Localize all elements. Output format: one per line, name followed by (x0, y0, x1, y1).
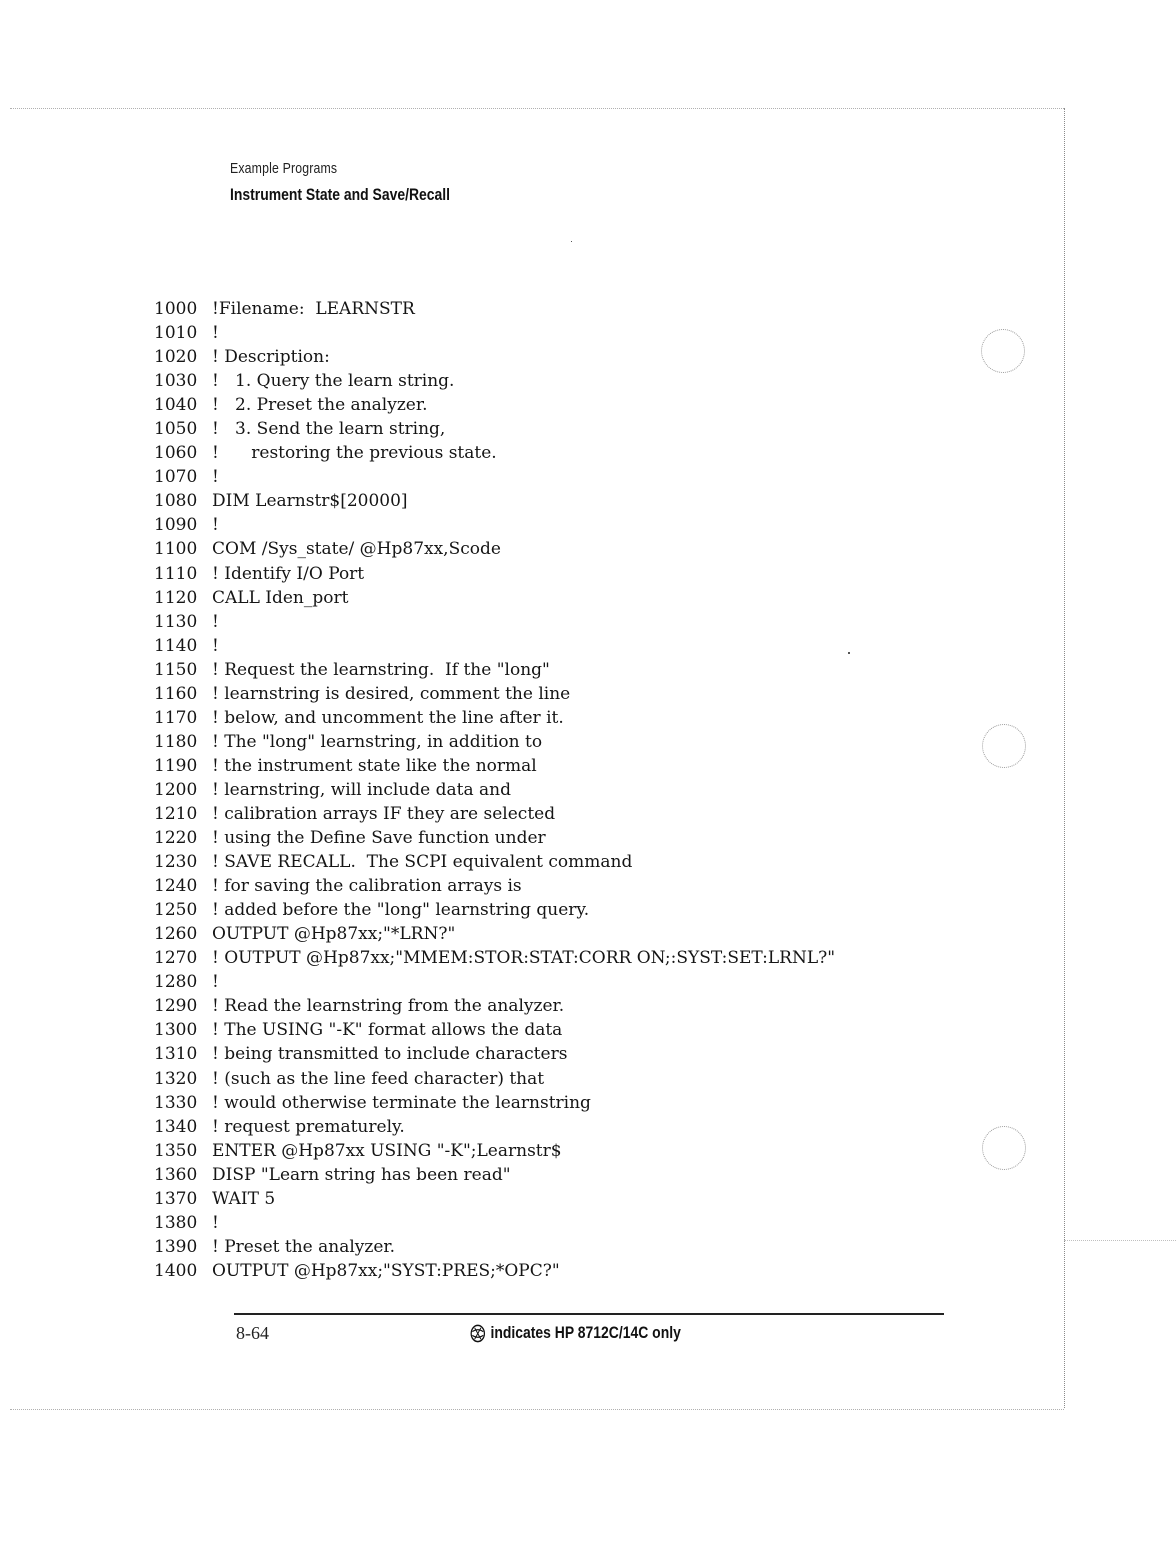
line-number: 1160 (154, 682, 212, 706)
line-number: 1130 (154, 610, 212, 634)
code-line: 1240! for saving the calibration arrays … (154, 874, 835, 898)
line-number: 1110 (154, 562, 212, 586)
line-text: ! learnstring is desired, comment the li… (212, 684, 570, 704)
code-line: 1350ENTER @Hp87xx USING "-K";Learnstr$ (154, 1139, 835, 1163)
code-line: 1010! (154, 321, 835, 345)
line-text: ! 2. Preset the analyzer. (212, 395, 428, 415)
line-number: 1400 (154, 1259, 212, 1283)
line-text: ! added before the "long" learnstring qu… (212, 900, 589, 920)
line-text: ! learnstring, will include data and (212, 780, 511, 800)
line-text: ! the instrument state like the normal (212, 756, 537, 776)
line-number: 1250 (154, 898, 212, 922)
code-line: 1200! learnstring, will include data and (154, 778, 835, 802)
code-line: 1280! (154, 970, 835, 994)
code-line: 1070! (154, 465, 835, 489)
line-text: ! Preset the analyzer. (212, 1237, 395, 1257)
line-number: 1290 (154, 994, 212, 1018)
code-line: 1310! being transmitted to include chara… (154, 1042, 835, 1066)
line-text: ! Identify I/O Port (212, 564, 364, 584)
line-number: 1030 (154, 369, 212, 393)
code-line: 1360DISP "Learn string has been read" (154, 1163, 835, 1187)
code-line: 1000!Filename: LEARNSTR (154, 297, 835, 321)
line-number: 1070 (154, 465, 212, 489)
line-text: ! calibration arrays IF they are selecte… (212, 804, 555, 824)
scan-speck (848, 652, 850, 654)
line-number: 1320 (154, 1067, 212, 1091)
line-number: 1390 (154, 1235, 212, 1259)
line-number: 1210 (154, 802, 212, 826)
page-number: 8-64 (236, 1323, 269, 1344)
code-line: 1140! (154, 634, 835, 658)
code-line: 1120CALL Iden_port (154, 586, 835, 610)
code-line: 1080DIM Learnstr$[20000] (154, 489, 835, 513)
line-number: 1310 (154, 1042, 212, 1066)
code-line: 1150! Request the learnstring. If the "l… (154, 658, 835, 682)
code-line: 1180! The "long" learnstring, in additio… (154, 730, 835, 754)
line-text: ! 1. Query the learn string. (212, 371, 454, 391)
line-text: ! being transmitted to include character… (212, 1044, 567, 1064)
line-text: ! (212, 467, 219, 487)
line-text: ! for saving the calibration arrays is (212, 876, 522, 896)
code-line: 1040! 2. Preset the analyzer. (154, 393, 835, 417)
line-number: 1040 (154, 393, 212, 417)
code-line: 1290! Read the learnstring from the anal… (154, 994, 835, 1018)
line-text: ! (212, 515, 219, 535)
line-text: ! The "long" learnstring, in addition to (212, 732, 542, 752)
line-number: 1120 (154, 586, 212, 610)
line-number: 1370 (154, 1187, 212, 1211)
line-text: ! (212, 612, 219, 632)
line-number: 1050 (154, 417, 212, 441)
code-line: 1400OUTPUT @Hp87xx;"SYST:PRES;*OPC?" (154, 1259, 835, 1283)
line-number: 1280 (154, 970, 212, 994)
line-number: 1200 (154, 778, 212, 802)
line-text: DIM Learnstr$[20000] (212, 491, 408, 511)
page-edge-top (10, 108, 1064, 109)
code-line: 1230! SAVE RECALL. The SCPI equivalent c… (154, 850, 835, 874)
line-text: ! 3. Send the learn string, (212, 419, 445, 439)
line-text: ! Read the learnstring from the analyzer… (212, 996, 564, 1016)
line-text: ! would otherwise terminate the learnstr… (212, 1093, 591, 1113)
line-number: 1230 (154, 850, 212, 874)
line-text: ! request prematurely. (212, 1117, 405, 1137)
line-number: 1000 (154, 297, 212, 321)
line-text: ! using the Define Save function under (212, 828, 546, 848)
code-line: 1090! (154, 513, 835, 537)
code-line: 1330! would otherwise terminate the lear… (154, 1091, 835, 1115)
line-text: ! Request the learnstring. If the "long" (212, 660, 550, 680)
page-edge-right (1064, 108, 1065, 1408)
line-number: 1260 (154, 922, 212, 946)
line-text: ! The USING "-K" format allows the data (212, 1020, 562, 1040)
line-number: 1010 (154, 321, 212, 345)
code-line: 1190! the instrument state like the norm… (154, 754, 835, 778)
code-line: 1380! (154, 1211, 835, 1235)
hp-8712c-14c-symbol-icon (470, 1324, 486, 1343)
line-text: CALL Iden_port (212, 588, 348, 608)
running-header: Example Programs Instrument State and Sa… (230, 160, 498, 205)
line-number: 1220 (154, 826, 212, 850)
line-number: 1080 (154, 489, 212, 513)
code-line: 1020! Description: (154, 345, 835, 369)
line-number: 1150 (154, 658, 212, 682)
line-text: ! restoring the previous state. (212, 443, 497, 463)
line-text: OUTPUT @Hp87xx;"*LRN?" (212, 924, 455, 944)
line-text: ! SAVE RECALL. The SCPI equivalent comma… (212, 852, 632, 872)
line-number: 1240 (154, 874, 212, 898)
line-text: ! below, and uncomment the line after it… (212, 708, 564, 728)
line-number: 1380 (154, 1211, 212, 1235)
code-line: 1250! added before the "long" learnstrin… (154, 898, 835, 922)
line-text: DISP "Learn string has been read" (212, 1165, 511, 1185)
section-title: Example Programs (230, 160, 450, 177)
code-line: 1270! OUTPUT @Hp87xx;"MMEM:STOR:STAT:COR… (154, 946, 835, 970)
line-number: 1020 (154, 345, 212, 369)
code-line: 1110! Identify I/O Port (154, 562, 835, 586)
line-number: 1360 (154, 1163, 212, 1187)
code-line: 1170! below, and uncomment the line afte… (154, 706, 835, 730)
line-text: ! (212, 1213, 219, 1233)
code-line: 1100COM /Sys_state/ @Hp87xx,Scode (154, 537, 835, 561)
line-text: COM /Sys_state/ @Hp87xx,Scode (212, 539, 501, 559)
code-line: 1210! calibration arrays IF they are sel… (154, 802, 835, 826)
code-line: 1320! (such as the line feed character) … (154, 1067, 835, 1091)
code-line: 1220! using the Define Save function und… (154, 826, 835, 850)
code-line: 1260OUTPUT @Hp87xx;"*LRN?" (154, 922, 835, 946)
code-line: 1050! 3. Send the learn string, (154, 417, 835, 441)
line-text: ! Description: (212, 347, 330, 367)
punch-hole-bottom (982, 1126, 1026, 1170)
line-number: 1330 (154, 1091, 212, 1115)
code-listing: 1000!Filename: LEARNSTR1010!1020! Descri… (154, 297, 835, 1283)
page-edge-bottom (10, 1409, 1064, 1410)
code-line: 1130! (154, 610, 835, 634)
code-line: 1300! The USING "-K" format allows the d… (154, 1018, 835, 1042)
line-text: !Filename: LEARNSTR (212, 299, 415, 319)
footer-note: indicates HP 8712C/14C only (470, 1323, 681, 1343)
line-number: 1350 (154, 1139, 212, 1163)
line-number: 1190 (154, 754, 212, 778)
line-text: ! (212, 636, 219, 656)
code-line: 1160! learnstring is desired, comment th… (154, 682, 835, 706)
page-edge-stub (1064, 1240, 1176, 1241)
line-number: 1270 (154, 946, 212, 970)
line-text: OUTPUT @Hp87xx;"SYST:PRES;*OPC?" (212, 1261, 560, 1281)
line-number: 1140 (154, 634, 212, 658)
punch-hole-top (981, 329, 1025, 373)
line-text: ! (212, 323, 219, 343)
footer-note-text: indicates HP 8712C/14C only (491, 1323, 681, 1343)
line-text: ! OUTPUT @Hp87xx;"MMEM:STOR:STAT:CORR ON… (212, 948, 835, 968)
code-line: 1340! request prematurely. (154, 1115, 835, 1139)
line-number: 1100 (154, 537, 212, 561)
line-text: ! (such as the line feed character) that (212, 1069, 544, 1089)
footer-rule (234, 1313, 944, 1315)
line-number: 1340 (154, 1115, 212, 1139)
subsection-title: Instrument State and Save/Recall (230, 185, 450, 205)
line-text: WAIT 5 (212, 1189, 275, 1209)
code-line: 1060! restoring the previous state. (154, 441, 835, 465)
scan-speck (571, 241, 572, 242)
line-text: ! (212, 972, 219, 992)
line-number: 1300 (154, 1018, 212, 1042)
line-number: 1090 (154, 513, 212, 537)
line-number: 1060 (154, 441, 212, 465)
line-text: ENTER @Hp87xx USING "-K";Learnstr$ (212, 1141, 562, 1161)
line-number: 1170 (154, 706, 212, 730)
code-line: 1390! Preset the analyzer. (154, 1235, 835, 1259)
line-number: 1180 (154, 730, 212, 754)
code-line: 1030! 1. Query the learn string. (154, 369, 835, 393)
code-line: 1370WAIT 5 (154, 1187, 835, 1211)
punch-hole-middle (982, 724, 1026, 768)
